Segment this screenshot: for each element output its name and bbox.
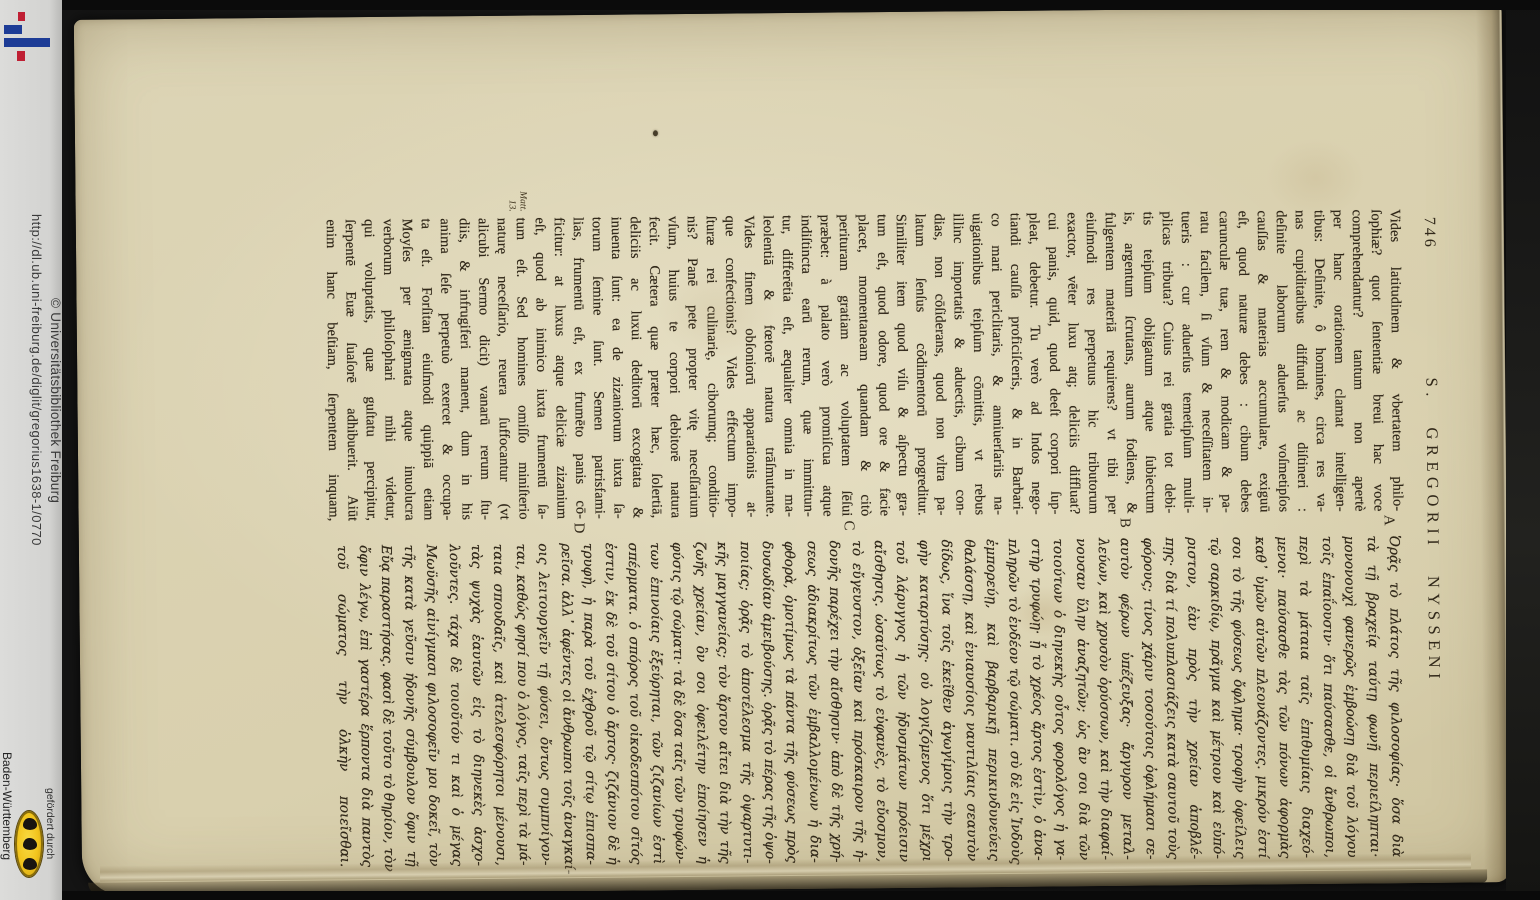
latin-line: diis, & infrugiferi manent, dum in his	[454, 218, 476, 520]
latin-line: co mari periclitaris, & anniuerſariis na…	[986, 213, 1008, 515]
logo-red-square-bottom	[17, 51, 25, 61]
latin-line: fulgentem materiā requirens? vt tibi per	[1100, 212, 1122, 514]
latin-line: tis teipſum obligatum atque ſubiectum	[1138, 211, 1160, 513]
greek-line: ται, καθώς φησί που ὁ λόγος, ταῖς περὶ τ…	[509, 544, 534, 866]
latin-line: pleat, debetur. Tu verò ad Indos nego-	[1024, 213, 1046, 515]
funding-region-label: Baden-Württemberg	[0, 752, 14, 860]
greek-line: ριστον, ἐὰν πρὸς τὴν χρείαν ἀποβλέ-	[1181, 537, 1206, 859]
latin-line: vſum, huius te corpori debitorē natura	[663, 216, 685, 518]
lion-icon	[23, 838, 37, 850]
greek-line: τὸ εὔγευστον, ὀξεῖαν καὶ πρόσκαιρον τῆς …	[845, 540, 870, 862]
latin-line: carunculæ tuæ, rem & modicam & pa-	[1214, 211, 1236, 513]
greek-line: στὴρ τρυφώῃ· ᾗ τὸ χρέος ἄρτος ἐστὶν, ὁ ἀ…	[1024, 539, 1049, 861]
greek-line: Μωϋσῆς αἰνίγμασι φιλοσοφεῖν μοι δοκεῖ, τ…	[420, 544, 445, 866]
latin-column: Vides latitudinem & vbertatem philo-ſoph…	[321, 209, 1407, 521]
latin-line: illinc importatis & aduectis, cibum con-	[948, 213, 970, 515]
scan-url-label: http://dl.ub.uni-freiburg.de/diglit/greg…	[29, 214, 44, 546]
latin-line: nas cupiditatibus diffundi ac diſtineri …	[1290, 210, 1312, 512]
gutter-letter: D	[569, 514, 589, 542]
latin-line: tum eſt, quod odore, quod ore & facie	[872, 214, 894, 516]
greek-line: πληρῶν τὸ ἐνδέον τῷ σώματι. σὺ δὲ εἰς Ἰν…	[1002, 539, 1027, 861]
latin-line: eſt, quod ab inimico iuxta frumentū ſa-	[530, 217, 552, 519]
frame-edge-bottom	[62, 891, 1540, 900]
greek-line: ἐμπορεύῃ, καὶ βαρβαρικῇ περικινδυνεύεις	[979, 539, 1004, 861]
latin-line: uigationibus teipſum cōmittis, vt rebus	[967, 213, 989, 515]
viewer-sidebar: http://dl.ub.uni-freiburg.de/diglit/greg…	[0, 0, 62, 900]
latin-line: inuenta ſunt: ea de zizaniorum iuxta ſa-	[606, 217, 628, 519]
greek-line: φθορὰ, ὁμοτίμως τὰ πάντα τῆς φύσεως πρὸς	[778, 541, 803, 863]
latin-line: leolentiā & fœtorē natura trāſmutante.	[758, 215, 780, 517]
latin-line: Similiter item quod viſu & aſpectu gra-	[891, 214, 913, 516]
logo-blue-bar-long	[4, 38, 50, 47]
greek-line: οις λειτουργεῖν τῇ φύσει, ὄντως συμπνίγο…	[532, 543, 557, 865]
scan-viewer: http://dl.ub.uni-freiburg.de/diglit/greg…	[0, 0, 1540, 900]
greek-line: περὶ τὰ μάταια ταῖς ἐπιθυμίαις διαχεό-	[1293, 536, 1318, 858]
ub-freiburg-logo-icon	[0, 0, 62, 70]
latin-line: perituram gratiam ac voluptatem ſēſui	[834, 214, 856, 516]
latin-line: tur, differētia eſt, æqualiter omnia in …	[777, 215, 799, 517]
greek-line: δονῆς παρέχει τὴν αἴσθησιν· ἀπὸ δὲ τῆς χ…	[823, 540, 848, 862]
frame-edge-top	[62, 0, 1540, 10]
latin-line: is, argentum ſcrutans, aurum fodiens, &	[1119, 212, 1141, 514]
funding-label: gefördert durch	[44, 788, 56, 859]
lion-icon	[23, 858, 37, 870]
greek-line: κῆς μαγγανείας; τὸν ἄρτον αἴτει διὰ τὴν …	[711, 542, 736, 864]
latin-line: latum ſenſus cōdimentorū progreditur.	[910, 214, 932, 516]
latin-line: dias, non cōſiderans, quod non vltra pa-	[929, 213, 951, 515]
greek-line: ζωῆς χρείαν, ὃν σοι ὀφειλέτην ἐποίησεν ἡ	[688, 542, 713, 864]
greek-line: λοῦντες. τάχα δὲ τοιοῦτόν τι καὶ ὁ μέγας	[442, 544, 467, 866]
latin-line: placet, momentaneam quandam & citò	[853, 214, 875, 516]
gutter-letter: B	[1115, 509, 1135, 537]
greek-line: των ἐπινοίαις ἐξεύρηται, τῶν ζιζανίων ἐσ…	[644, 542, 669, 864]
greek-line: τρυφὴ, ἡ παρὰ τοῦ ἐχθροῦ τῷ σίτῳ ἐπισπα-	[576, 543, 601, 865]
greek-line: τῷ σαρκιδίῳ, πρᾶγμα καὶ μέτριον καὶ εὐπό…	[1203, 537, 1228, 859]
margin-note-line: Matt.	[516, 154, 528, 212]
latin-line: ſturæ rei culinarię, ciborumq; conditio-	[701, 216, 723, 518]
latin-line: nis? Panē pete propter vitę neceſſarium	[682, 216, 704, 518]
latin-line: alicubi Sermo dicit) vanarū rerum ſtu-	[473, 218, 495, 520]
greek-column: Ὁρᾷς τὸ πλάτος τῆς φιλοσοφίας· ὅσα διὰτὰ…	[330, 535, 1408, 867]
latin-line: verborum philoſophari mihi videtur,	[378, 219, 400, 521]
greek-line: τῆς κατὰ γεῦσιν ἡδονῆς σύμβουλον ὄφιν τῇ	[397, 545, 422, 867]
latin-line: deliciis ac luxui deditorū excogitata &	[625, 216, 647, 518]
gutter-letter: A	[1379, 506, 1399, 534]
latin-line: plicas tributa? Cuius rei gratia tot deb…	[1157, 211, 1179, 513]
greek-line: αἴσθησις. ὡσαύτως τὸ εὐφανὲς, τὸ εὔοσμον…	[867, 540, 892, 862]
latin-line: cui panis, quid, quod deeſt corpori ſup-	[1043, 212, 1065, 514]
latin-line: Vides finem obſoniorū apparationis at-	[739, 215, 761, 517]
latin-line: tibus: Deſinite, ô homines, circa res va…	[1309, 210, 1331, 512]
greek-line: ταια σπουδαῖς, καὶ ἀτελεσφόρητοι μένουσι…	[487, 544, 512, 866]
latin-line: anima ſeſe perpetuò exercet & occupa-	[435, 218, 457, 520]
greek-line: φόρους; τίνος χάριν τοσούτοις ὀφλήμασι σ…	[1136, 537, 1161, 859]
latin-line: ratu facilem, ſi vſum & neceſſitatem in-	[1195, 211, 1217, 513]
latin-line: tum eſt. Sed homines omiſſo miniſterio	[511, 218, 533, 520]
gutter-letter: C	[839, 511, 859, 539]
latin-line: deſinite laborum aduerſus voſmetipſos	[1271, 210, 1293, 512]
latin-line: tueris : cur aduerſus temetipſum multi-	[1176, 211, 1198, 513]
latin-line: Moyſes per ænigmata atque inuolucra	[397, 219, 419, 521]
greek-line: καθ᾽ ὑμῶν αὐτῶν πλεονάζοντες. μικρόν ἐστ…	[1248, 536, 1273, 858]
latin-line: indiſtincta earū rerum, quæ immittun-	[796, 215, 818, 517]
greek-line: δυσωδίαν ἀμειβούσης. ὁρᾷς τὸ πέρας τῆς ὀ…	[756, 541, 781, 863]
latin-line: ſophiæ? quot ſententiæ breui hac voce	[1366, 209, 1388, 511]
greek-line: φύσις τῷ σώματι· τὰ δὲ ὅσα ταῖς τῶν τρυφ…	[666, 542, 691, 864]
lion-icon	[23, 818, 37, 830]
latin-line: que confectionis? Vides effectum impo-	[720, 216, 742, 518]
greek-line: σπέρματα. ὁ σπόρος τοῦ οἰκοδεσπότου σῖτό…	[621, 542, 646, 864]
frame-edge-right	[1506, 0, 1540, 900]
greek-line: ὄφιν λέγω, ἐπὶ γαστέρα ἕρποντα διὰ παντὸ…	[353, 545, 378, 867]
latin-line: lias, frumentū eſt, ex frumēto panis cō-	[568, 217, 590, 519]
greek-line: τοιούτων ὁ διηνεκὴς οὗτος φορολόγος ἡ γα…	[1047, 538, 1072, 860]
latin-line: eiuſmodi res perpetuus hic tributorum	[1081, 212, 1103, 514]
margin-note-scripture-ref: Matt.13.	[505, 154, 528, 212]
latin-line: præbet: à palato verò promiſcua atque	[815, 215, 837, 517]
greek-line: μονονουχὶ φανερῶς ἐμβοώσῃ διὰ τοῦ λόγου	[1338, 536, 1363, 858]
greek-line: σοι τὸ τῆς φύσεως ὄφλημα· τροφὴν ὀφείλει…	[1226, 537, 1251, 859]
latin-line: cauſſas & materias accumulare, exiguū	[1252, 210, 1274, 512]
scanned-book-page: 746 S. GREGORII NYSSENI Vides latitudine…	[74, 6, 1510, 896]
greek-line: τοῦ σώματος τὴν ὁλκὴν ποιεῖσθαι.	[330, 545, 355, 867]
greek-line: μενοι· παύσασθε τὰς τῶν πόνων ἀφορμὰς	[1270, 536, 1295, 858]
latin-line: ta eſt. Forſitan eiuſmodi quippiā etiam	[416, 218, 438, 520]
greek-line: λεύων, καὶ χρυσὸν ὀρύσσων, καὶ τὴν διαφα…	[1091, 538, 1116, 860]
greek-line: τοῖς ἐπαΐουσιν· ὅτι παύσασθε, οἱ ἄνθρωπο…	[1315, 536, 1340, 858]
latin-line: tiandi cauſſa proficiſceris, & in Barbar…	[1005, 213, 1027, 515]
logo-blue-bar-short	[4, 25, 22, 34]
latin-line: eſt, quod naturæ debes : cibum debes	[1233, 211, 1255, 513]
page-content-rotated: 746 S. GREGORII NYSSENI Vides latitudine…	[74, 6, 1510, 896]
latin-line: ficitur: at luxus atque deliciæ zizanium	[549, 217, 571, 519]
greek-line: ποιίας; ὁρᾷς τὸ ἀποτέλεσμα τῆς ὀψαρτυτι-	[733, 541, 758, 863]
latin-line: per hanc orationem clamat intelligen-	[1328, 210, 1350, 512]
greek-line: ρεῖσα. ἀλλ᾽ ἀφέντες οἱ ἄνθρωποι τοῖς ἀνα…	[554, 543, 579, 865]
greek-line: Εὔᾳ παραστήσας. φασὶ δὲ τοῦτο τὸ θηρίον,…	[375, 545, 400, 867]
greek-line: τὰς ψυχὰς ἑαυτῶν εἰς τὸ διηνεκὲς ἀσχο-	[464, 544, 489, 866]
greek-line: σεως ἀδιακρίτως τῶν ἐμβαλλομένων ἡ δια-	[800, 541, 825, 863]
latin-line: qui voluptatis, quæ guſtatu percipitur,	[359, 219, 381, 521]
greek-line: θαλάσσῃ, καὶ ἐνιαυσίοις ναυτιλίαις σεαυτ…	[957, 539, 982, 861]
latin-line: fecit. Cætera quæ præter hæc, ſolertiā,	[644, 216, 666, 518]
greek-line: ἐστιν, ἐκ δὲ τοῦ σίτου ὁ ἄρτος· ζιζάνιον…	[599, 543, 624, 865]
latin-line: torum ſemine ſunt. Semen patrisfami-	[587, 217, 609, 519]
baden-wuerttemberg-coat-of-arms-icon	[15, 811, 43, 877]
greek-line: τοῦ λάρυγγος ἡ τῶν ἡδυσμάτων πρόεισιν	[890, 540, 915, 862]
latin-line: exactor, vēter luxu atq; deliciis difflu…	[1062, 212, 1084, 514]
logo-red-square-top	[18, 12, 25, 21]
greek-line: νουσαν ὕλην ἀναζητῶν; ὡς ἂν σοι διὰ τῶν	[1069, 538, 1094, 860]
greek-line: φὴν καταρτύσῃς· οὐ λογιζόμενος ὅτι μέχρι	[912, 540, 937, 862]
latin-line: ſerpentē Euæ ſuaſorē adhibuerit. Aiūt	[340, 219, 362, 521]
margin-note-line: 13.	[505, 154, 517, 212]
greek-line: αυτὸν φέρων ὑπέζευξας· ἄργυρον μεταλ-	[1114, 538, 1139, 860]
greek-line: δίδως, ἵνα τοῖς ἐκεῖθεν ἀγωγίμοις τὴν τρ…	[935, 539, 960, 861]
latin-line: comprehendantur? tantum non apertè	[1347, 209, 1369, 511]
greek-line: Ὁρᾷς τὸ πλάτος τῆς φιλοσοφίας· ὅσα διὰ	[1382, 535, 1407, 857]
latin-line: naturę neceſſario, reuera ſuffocantur (v…	[492, 218, 514, 520]
latin-line: enim hanc beſtiam, ſerpentem inquam,	[321, 219, 343, 521]
latin-line: Vides latitudinem & vbertatem philo-	[1385, 209, 1407, 511]
greek-line: τὰ τῇ βραχείᾳ ταύτῃ φωνῇ περιείληπται·	[1360, 535, 1385, 857]
copyright-label: © Universitätsbibliothek Freiburg	[48, 298, 63, 503]
greek-line: πῃς· διὰ τί πολυπλασιάζεις κατὰ σαυτοῦ τ…	[1159, 537, 1184, 859]
